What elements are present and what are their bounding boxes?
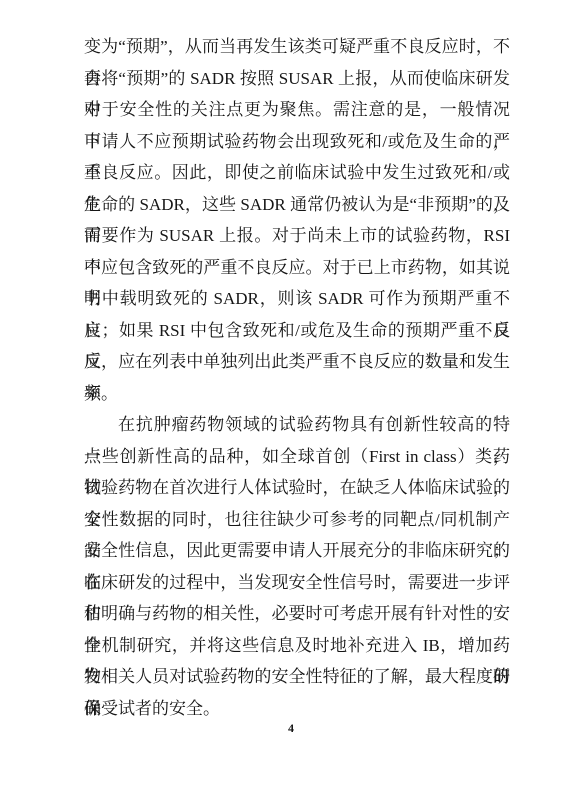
- text-line: 对于安全性的关注点更为聚焦。需注意的是，一般情况下，: [84, 94, 510, 126]
- paragraph-2: 在抗肿瘤药物领域的试验药物具有创新性较高的特点， 一些创新性高的品种，如全球首创…: [84, 409, 510, 724]
- text-line: 不应包含致死的严重不良反应。对于已上市药物，如其说明: [84, 252, 510, 284]
- text-line: 安全性信息，因此更需要申请人开展充分的非临床研究；在: [84, 535, 510, 567]
- text-line: 率。: [84, 378, 510, 410]
- text-line: 和明确与药物的相关性，必要时可考虑开展有针对性的安全: [84, 598, 510, 630]
- text-line: 性机制研究，并将这些信息及时地补充进入 IB，增加药物研: [84, 630, 510, 662]
- text-line: 试验药物在首次进行人体试验时，在缺乏人体临床试验的安: [84, 472, 510, 504]
- text-line: 再将“预期”的 SADR 按照 SUSAR 上报，从而使临床研发中: [84, 63, 510, 95]
- text-line: 书中载明致死的 SADR，则该 SADR 可作为预期严重不良反: [84, 283, 510, 315]
- text-block: 变为“预期”，从而当再发生该类可疑严重不良反应时，不会 再将“预期”的 SADR…: [84, 31, 510, 724]
- text-line: 全性数据的同时，也往往缺少可参考的同靶点/同机制产品的: [84, 504, 510, 536]
- document-page: 变为“预期”，从而当再发生该类可疑严重不良反应时，不会 再将“预期”的 SADR…: [0, 0, 582, 788]
- text-line: 变为“预期”，从而当再发生该类可疑严重不良反应时，不会: [84, 31, 510, 63]
- text-line: 申请人不应预期试验药物会出现致死和/或危及生命的严重: [84, 126, 510, 158]
- page-number: 4: [0, 721, 582, 736]
- text-line: 在抗肿瘤药物领域的试验药物具有创新性较高的特点，: [84, 409, 510, 441]
- text-line: 临床研发的过程中，当发现安全性信号时，需要进一步评估: [84, 567, 510, 599]
- text-line: 发相关人员对试验药物的安全性特征的了解，最大程度的确: [84, 661, 510, 693]
- text-line: 生命的 SADR，这些 SADR 通常仍被认为是“非预期”的，而: [84, 189, 510, 221]
- text-line: 一些创新性高的品种，如全球首创（First in class）类药物，: [84, 441, 510, 473]
- text-line: 不良反应。因此，即使之前临床试验中发生过致死和/或危及: [84, 157, 510, 189]
- text-line: 应，应在列表中单独列出此类严重不良反应的数量和发生频: [84, 346, 510, 378]
- text-line: 保受试者的安全。: [84, 693, 510, 725]
- paragraph-1: 变为“预期”，从而当再发生该类可疑严重不良反应时，不会 再将“预期”的 SADR…: [84, 31, 510, 409]
- text-line: 需要作为 SUSAR 上报。对于尚未上市的试验药物，RSI 中: [84, 220, 510, 252]
- text-line: 应；如果 RSI 中包含致死和/或危及生命的预期严重不良反: [84, 315, 510, 347]
